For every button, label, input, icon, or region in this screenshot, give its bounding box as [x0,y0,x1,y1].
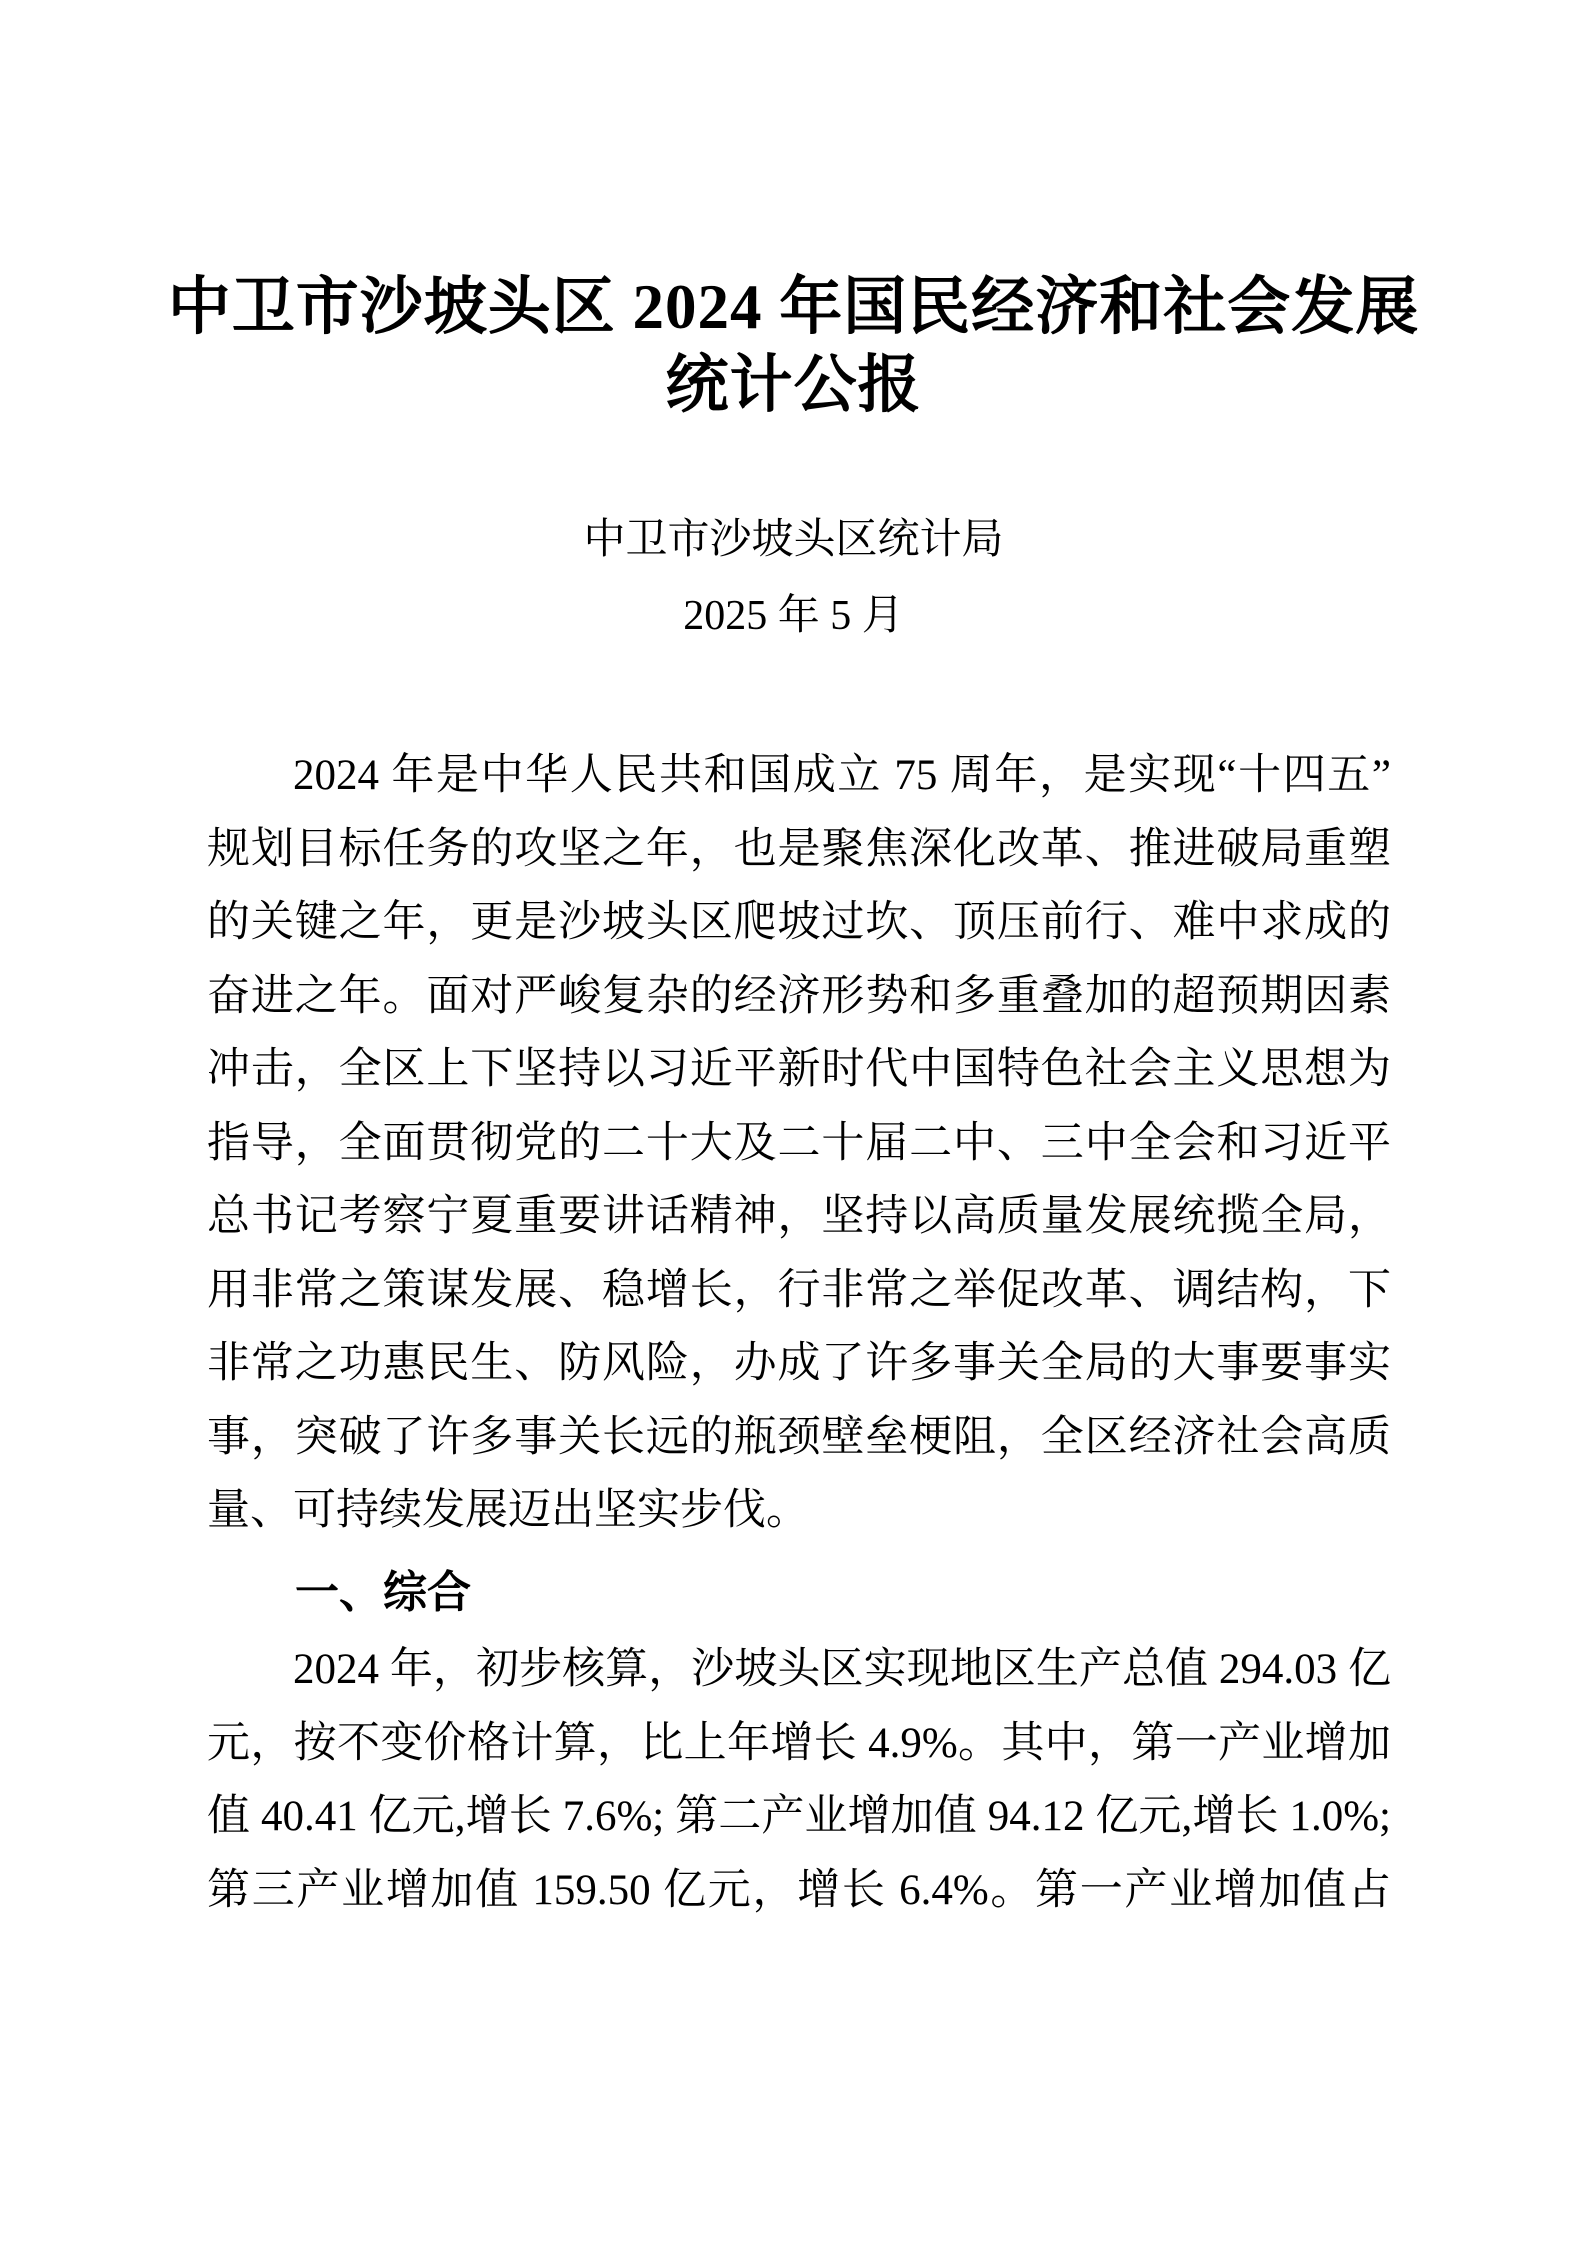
section-heading-comprehensive: 一、综合 [207,1556,1391,1630]
issuing-agency: 中卫市沙坡头区统计局 [0,511,1587,569]
document-title: 中卫市沙坡头区 2024 年国民经济和社会发展 统计公报 [0,268,1587,424]
publication-date: 2025 年 5 月 [0,587,1587,645]
document-page: 中卫市沙坡头区 2024 年国民经济和社会发展 统计公报 中卫市沙坡头区统计局 … [0,0,1587,2245]
intro-paragraph: 2024 年是中华人民共和国成立 75 周年，是实现“十四五”规划目标任务的攻坚… [207,739,1391,1548]
section-one-paragraph: 2024 年，初步核算，沙坡头区实现地区生产总值 294.03 亿元，按不变价格… [207,1633,1391,1929]
